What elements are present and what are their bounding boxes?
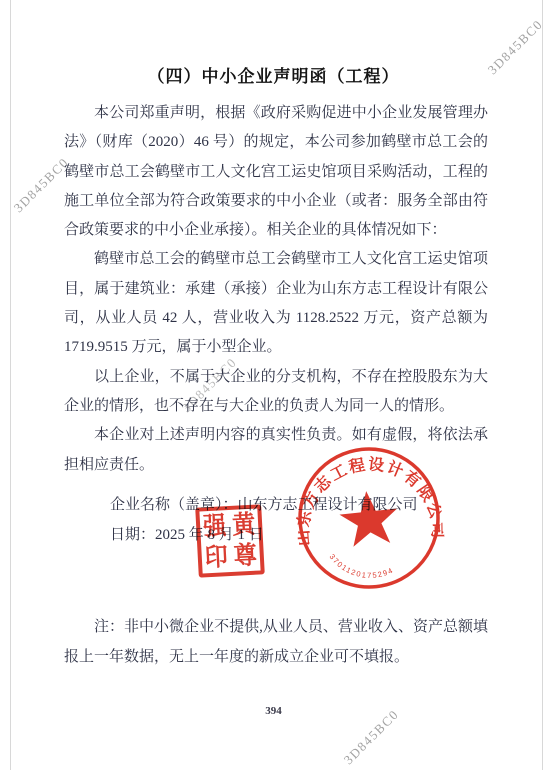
- seal-char-bottom-right: 尊: [233, 542, 257, 568]
- paragraph-enterprise-status: 以上企业，不属于大企业的分支机构，不存在控股股东为大企业的情形，也不存在与大企业…: [64, 363, 488, 422]
- page-right-border: [542, 0, 543, 770]
- seal-char-top-left: 强: [203, 513, 227, 539]
- company-round-seal: 山东方志工程设计有限公司 3701120175294: [289, 438, 449, 598]
- seal-star-icon: [337, 488, 400, 548]
- document-page: 3D845BC0 3D845BC0 3D845BC0 3D845BC0 （四）中…: [0, 0, 547, 770]
- seal-char-top-right: 黄: [232, 512, 256, 538]
- company-seal-graphic: 山东方志工程设计有限公司 3701120175294: [289, 438, 449, 598]
- page-number: 394: [0, 705, 547, 717]
- page-left-border: [10, 0, 11, 770]
- note-block: 注：非中小微企业不提供,从业人员、营业收入、资产总额填报上一年数据，无上一年度的…: [64, 612, 488, 672]
- page-title: （四）中小企业声明函（工程）: [0, 62, 547, 87]
- paragraph-project-details: 鹤壁市总工会的鹤壁市总工会鹤壁市工人文化宫工运史馆项目，属于建筑业：承建（承接）…: [64, 245, 488, 362]
- seal-char-bottom-left: 印: [204, 544, 228, 570]
- document-body: 本公司郑重声明，根据《政府采购促进中小企业发展管理办法》（财库（2020）46 …: [64, 99, 488, 480]
- personal-name-seal: 强 黄 印 尊: [195, 504, 265, 577]
- paragraph-declaration: 本公司郑重声明，根据《政府采购促进中小企业发展管理办法》（财库（2020）46 …: [64, 99, 488, 245]
- note-text: 注：非中小微企业不提供,从业人员、营业收入、资产总额填报上一年数据，无上一年度的…: [64, 612, 488, 672]
